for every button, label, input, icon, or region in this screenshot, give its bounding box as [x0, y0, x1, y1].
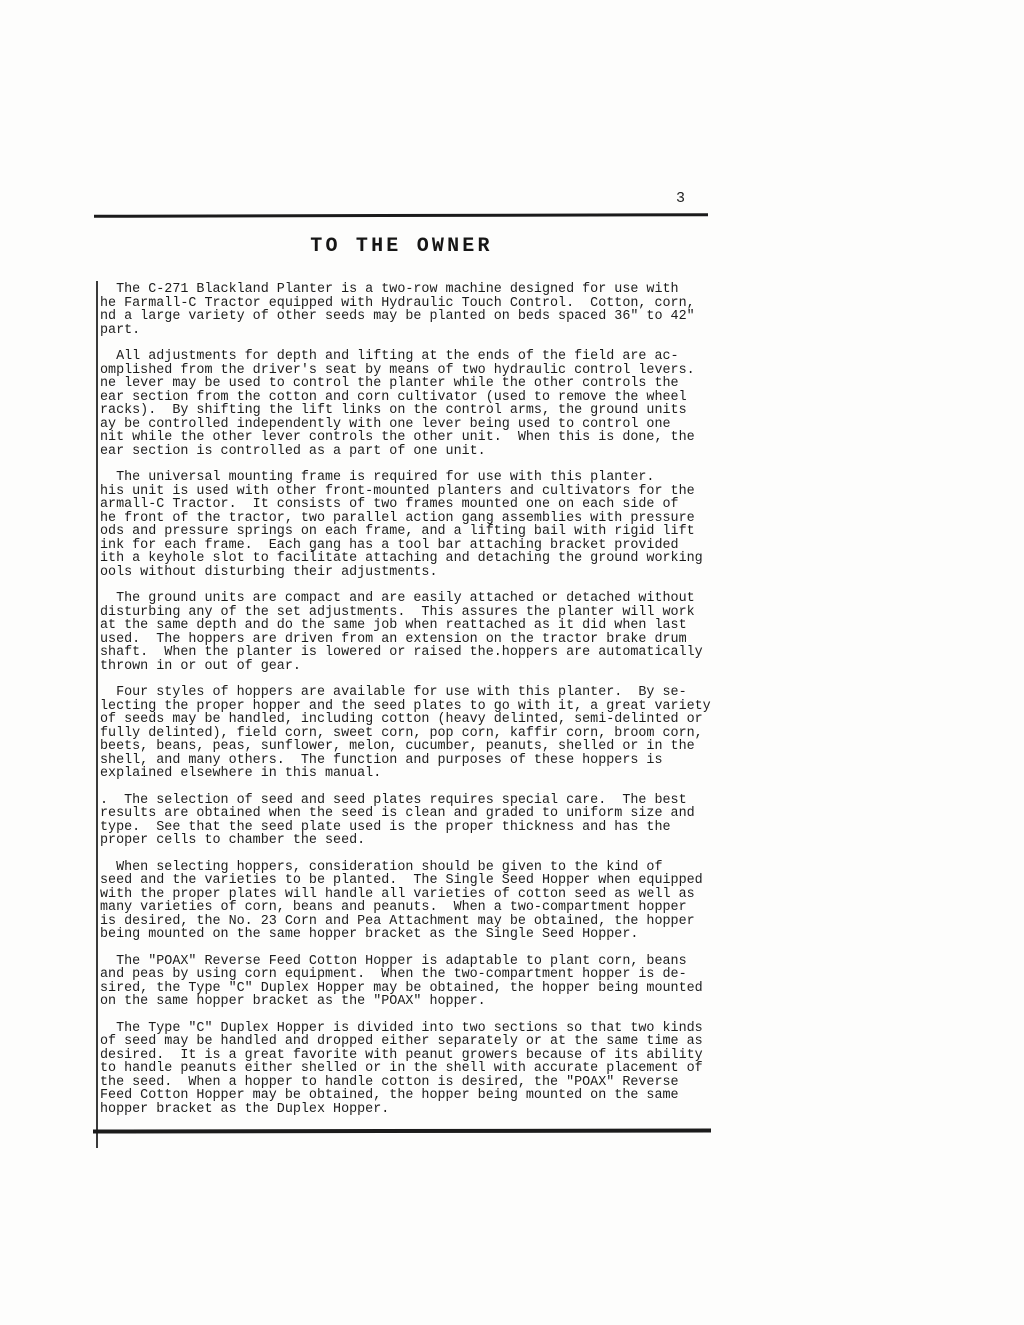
paragraph-adjustments: All adjustments for depth and lifting at…: [100, 350, 740, 458]
body-text: The C-271 Blackland Planter is a two-row…: [100, 283, 740, 1129]
paragraph-seed-selection: . The selection of seed and seed plates …: [100, 794, 740, 848]
footer-rule: [93, 1128, 711, 1133]
paragraph-intro: The C-271 Blackland Planter is a two-row…: [100, 283, 740, 337]
paragraph-duplex-hopper: The Type "C" Duplex Hopper is divided in…: [100, 1022, 740, 1117]
paragraph-mounting-frame: The universal mounting frame is required…: [100, 471, 740, 579]
header-rule: [94, 213, 708, 218]
page-number: 3: [676, 191, 685, 206]
paragraph-ground-units: The ground units are compact and are eas…: [100, 592, 740, 673]
document-page: 3 TO THE OWNER The C-271 Blackland Plant…: [0, 0, 1024, 1325]
paragraph-hopper-selection: When selecting hoppers, consideration sh…: [100, 861, 740, 942]
paragraph-hopper-styles: Four styles of hoppers are available for…: [100, 686, 740, 781]
left-margin-line: [96, 281, 98, 1148]
paragraph-poax-hopper: The "POAX" Reverse Feed Cotton Hopper is…: [100, 955, 740, 1009]
page-title: TO THE OWNER: [95, 235, 708, 258]
